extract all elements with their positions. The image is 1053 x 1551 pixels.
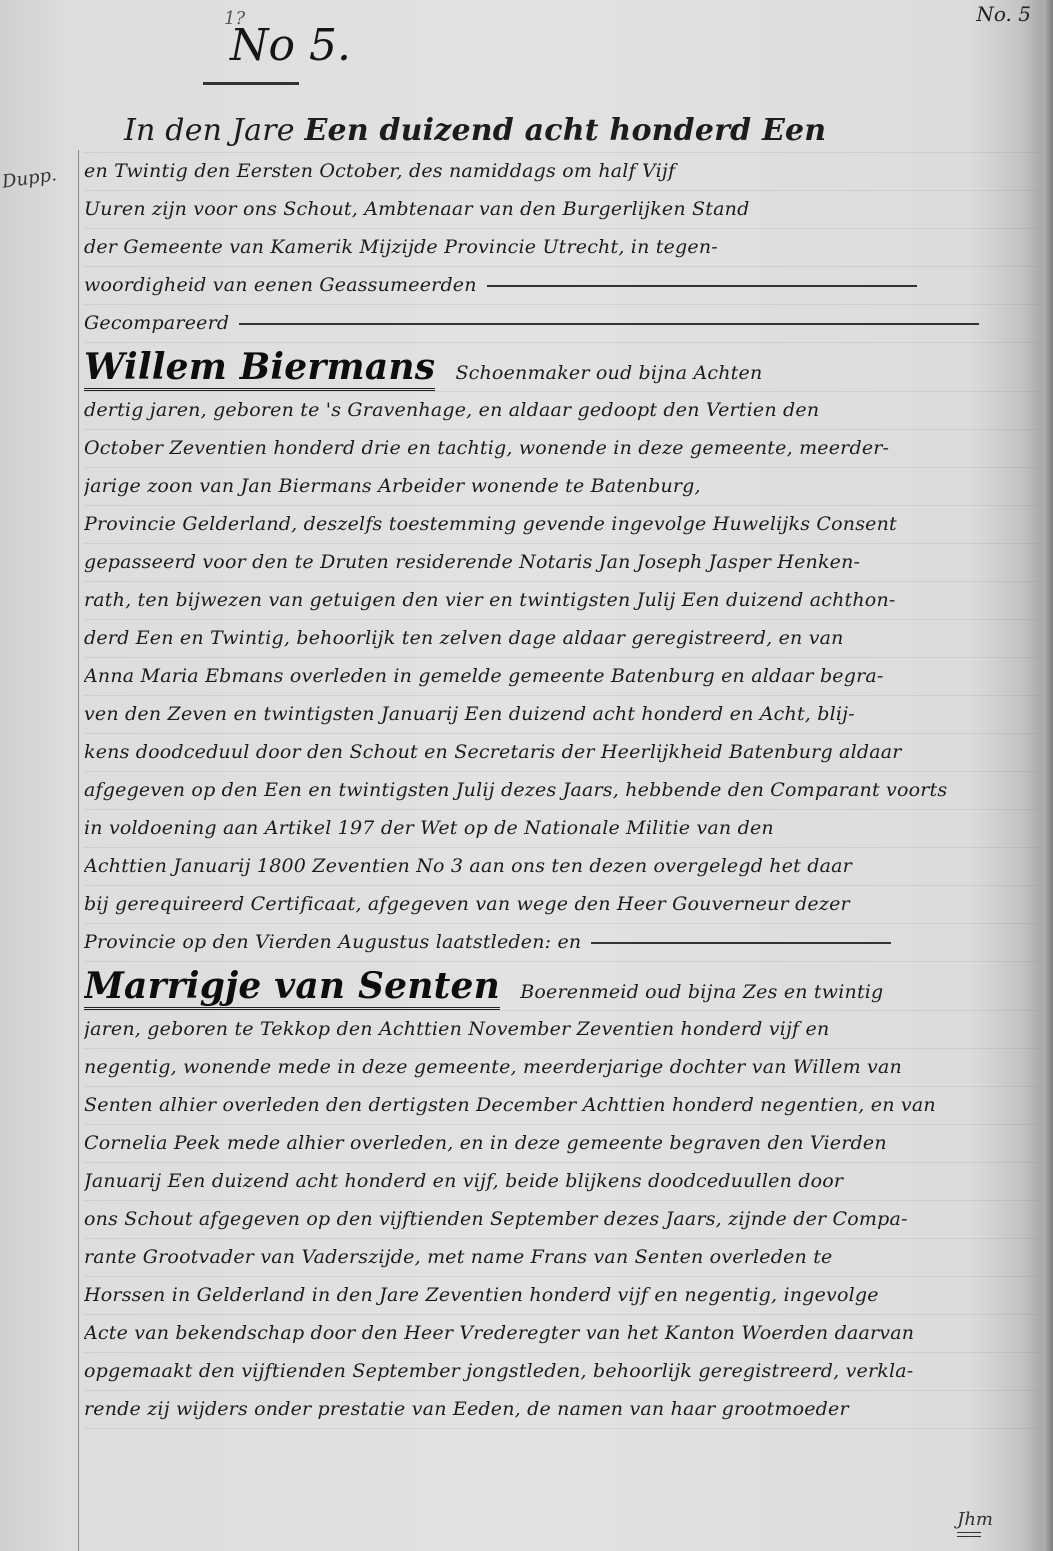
record-line: en Twintig den Eersten October, des nami… [84,153,1044,191]
record-line: Gecompareerd [84,305,1044,343]
line-text: derd Een en Twintig, behoorlijk ten zelv… [84,627,844,649]
line-text: in voldoening aan Artikel 197 der Wet op… [84,817,774,839]
act-number-text: No 5. [230,20,351,71]
line-text: rende zij wijders onder prestatie van Ee… [84,1398,849,1420]
line-text: jarige zoon van Jan Biermans Arbeider wo… [84,475,701,497]
year-emphasis: Een duizend acht honderd Een [304,113,826,148]
record-line: opgemaakt den vijftienden September jong… [84,1353,1044,1391]
line-text: Januarij Een duizend acht honderd en vij… [84,1170,843,1192]
line-text: Senten alhier overleden den dertigsten D… [84,1094,936,1116]
line-text: woordigheid van eenen Geassumeerden [84,274,477,296]
record-body: In den Jare Een duizend acht honderd Een… [84,110,1044,1429]
record-line: woordigheid van eenen Geassumeerden [84,267,1044,305]
record-line-bride: Marrigje van Senten Boerenmeid oud bijna… [84,962,1044,1011]
record-line: kens doodceduul door den Schout en Secre… [84,734,1044,772]
record-line: afgegeven op den Een en twintigsten Juli… [84,772,1044,810]
record-line: Provincie Gelderland, deszelfs toestemmi… [84,506,1044,544]
act-number: 1? No 5. [230,20,351,71]
line-text: jaren, geboren te Tekkop den Achttien No… [84,1018,829,1040]
line-text: der Gemeente van Kamerik Mijzijde Provin… [84,236,718,258]
record-line: October Zeventien honderd drie en tachti… [84,430,1044,468]
line-text: dertig jaren, geboren te 's Gravenhage, … [84,399,819,421]
record-line: negentig, wonende mede in deze gemeente,… [84,1049,1044,1087]
record-line: Anna Maria Ebmans overleden in gemelde g… [84,658,1044,696]
line-text: ons Schout afgegeven op den vijftienden … [84,1208,908,1230]
record-line: jaren, geboren te Tekkop den Achttien No… [84,1011,1044,1049]
line-text: gepasseerd voor den te Druten residerend… [84,551,860,573]
record-line: bij gerequireerd Certificaat, afgegeven … [84,886,1044,924]
act-number-struck: 1? [224,8,245,29]
line-text: en Twintig den Eersten October, des nami… [84,160,675,182]
line-text: In den Jare [124,113,304,148]
line-text: bij gerequireerd Certificaat, afgegeven … [84,893,850,915]
record-line: derd Een en Twintig, behoorlijk ten zelv… [84,620,1044,658]
fill-rule [591,942,891,944]
line-text: Cornelia Peek mede alhier overleden, en … [84,1132,887,1154]
scanned-document-page: No. 5 1? No 5. Dupp. In den Jare Een dui… [0,0,1053,1551]
folio-mark: No. 5 [976,2,1031,26]
margin-note: Dupp. [1,164,58,192]
record-line: ven den Zeven en twintigsten Januarij Ee… [84,696,1044,734]
record-line: gepasseerd voor den te Druten residerend… [84,544,1044,582]
page-binding-edge [1043,0,1053,1551]
groom-name: Willem Biermans [84,346,435,391]
record-line: dertig jaren, geboren te 's Gravenhage, … [84,392,1044,430]
record-line: Senten alhier overleden den dertigsten D… [84,1087,1044,1125]
record-line: Uuren zijn voor ons Schout, Ambtenaar va… [84,191,1044,229]
record-line: Acte van bekendschap door den Heer Vrede… [84,1315,1044,1353]
record-line: jarige zoon van Jan Biermans Arbeider wo… [84,468,1044,506]
record-line: In den Jare Een duizend acht honderd Een [84,110,1044,153]
record-line: Horssen in Gelderland in den Jare Zevent… [84,1277,1044,1315]
line-text: afgegeven op den Een en twintigsten Juli… [84,779,947,801]
record-line: Cornelia Peek mede alhier overleden, en … [84,1125,1044,1163]
line-text: Boerenmeid oud bijna Zes en twintig [520,981,883,1003]
fill-rule [239,323,979,325]
record-line: ons Schout afgegeven op den vijftienden … [84,1201,1044,1239]
line-text: rante Grootvader van Vaderszijde, met na… [84,1246,832,1268]
catchword-mark: Jhm [957,1509,993,1537]
line-text: opgemaakt den vijftienden September jong… [84,1360,913,1382]
record-line: der Gemeente van Kamerik Mijzijde Provin… [84,229,1044,267]
record-line-groom: Willem Biermans Schoenmaker oud bijna Ac… [84,343,1044,392]
line-text: Achttien Januarij 1800 Zeventien No 3 aa… [84,855,852,877]
record-line: rath, ten bijwezen van getuigen den vier… [84,582,1044,620]
line-text: ven den Zeven en twintigsten Januarij Ee… [84,703,855,725]
bride-name: Marrigje van Senten [84,965,500,1010]
line-text: October Zeventien honderd drie en tachti… [84,437,889,459]
catchword-rule [957,1532,981,1537]
record-line: Achttien Januarij 1800 Zeventien No 3 aa… [84,848,1044,886]
catchword-text: Jhm [957,1509,993,1530]
record-line: rante Grootvader van Vaderszijde, met na… [84,1239,1044,1277]
line-text: Provincie Gelderland, deszelfs toestemmi… [84,513,897,535]
line-text: rath, ten bijwezen van getuigen den vier… [84,589,896,611]
fill-rule [487,285,917,287]
line-text: Acte van bekendschap door den Heer Vrede… [84,1322,914,1344]
line-text: Horssen in Gelderland in den Jare Zevent… [84,1284,879,1306]
record-line: in voldoening aan Artikel 197 der Wet op… [84,810,1044,848]
line-text: Uuren zijn voor ons Schout, Ambtenaar va… [84,198,749,220]
margin-rule [78,150,79,1551]
line-text: kens doodceduul door den Schout en Secre… [84,741,902,763]
line-text: negentig, wonende mede in deze gemeente,… [84,1056,902,1078]
line-text: Gecompareerd [84,312,229,334]
line-text: Schoenmaker oud bijna Achten [455,362,762,384]
record-line: Januarij Een duizend acht honderd en vij… [84,1163,1044,1201]
act-number-underline [203,82,299,85]
line-text: Provincie op den Vierden Augustus laatst… [84,931,581,953]
record-line: rende zij wijders onder prestatie van Ee… [84,1391,1044,1429]
record-line: Provincie op den Vierden Augustus laatst… [84,924,1044,962]
line-text: Anna Maria Ebmans overleden in gemelde g… [84,665,884,687]
